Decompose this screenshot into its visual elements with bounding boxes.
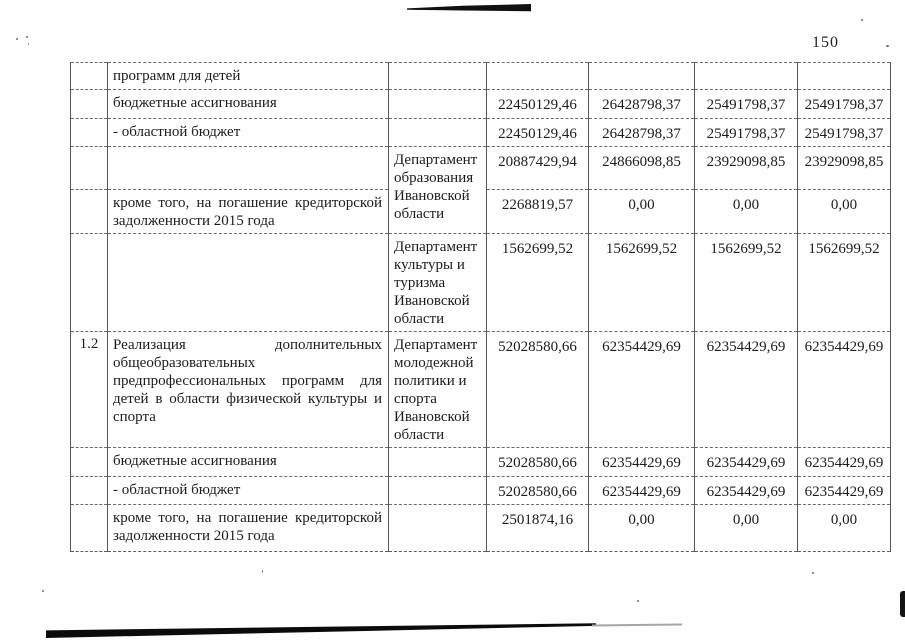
value-cell: 26428798,37 xyxy=(589,90,695,119)
value-cell: 52028580,66 xyxy=(487,448,589,477)
value-cell: 62354429,69 xyxy=(589,332,695,448)
value-cell: 23929098,85 xyxy=(695,147,798,190)
department-cell xyxy=(389,505,487,552)
value-cell: 0,00 xyxy=(798,190,891,234)
value-cell: 2501874,16 xyxy=(487,505,589,552)
value-cell: 1562699,52 xyxy=(589,234,695,332)
row-number-cell xyxy=(71,448,108,477)
value-cell: 1562699,52 xyxy=(695,234,798,332)
value-cell: 25491798,37 xyxy=(798,119,891,147)
value-cell xyxy=(589,63,695,90)
value-cell xyxy=(798,63,891,90)
value-cell: 62354429,69 xyxy=(589,477,695,505)
row-number-cell xyxy=(71,505,108,552)
value-cell: 23929098,85 xyxy=(798,147,891,190)
value-cell: 52028580,66 xyxy=(487,477,589,505)
value-cell: 0,00 xyxy=(695,190,798,234)
table-row: бюджетные ассигнования52028580,666235442… xyxy=(71,448,891,477)
row-number-cell xyxy=(71,477,108,505)
value-cell: 62354429,69 xyxy=(695,448,798,477)
scan-artifact-right-edge xyxy=(900,591,905,617)
value-cell: 62354429,69 xyxy=(695,477,798,505)
scan-speck xyxy=(861,19,863,21)
value-cell: 0,00 xyxy=(695,505,798,552)
description-cell xyxy=(108,147,389,190)
value-cell: 24866098,85 xyxy=(589,147,695,190)
scan-speck xyxy=(26,36,28,38)
value-cell: 25491798,37 xyxy=(695,90,798,119)
value-cell: 62354429,69 xyxy=(798,332,891,448)
description-cell: программ для детей xyxy=(108,63,389,90)
scan-speck xyxy=(28,43,29,45)
page-number: 150 xyxy=(812,34,839,52)
value-cell: 22450129,46 xyxy=(487,119,589,147)
value-cell: 1562699,52 xyxy=(487,234,589,332)
scan-speck xyxy=(812,572,814,574)
value-cell xyxy=(695,63,798,90)
budget-allocations-table: программ для детейбюджетные ассигнования… xyxy=(70,62,891,552)
scan-speck xyxy=(262,570,263,573)
value-cell: 22450129,46 xyxy=(487,90,589,119)
ink-stroke-bottom-tail xyxy=(592,624,682,627)
row-number-cell xyxy=(71,234,108,332)
value-cell: 62354429,69 xyxy=(798,477,891,505)
value-cell: 0,00 xyxy=(589,190,695,234)
description-cell: - областной бюджет xyxy=(108,477,389,505)
department-cell: Департамент культуры и туризма Ивановско… xyxy=(389,234,487,332)
row-number-cell xyxy=(71,190,108,234)
table-row: бюджетные ассигнования22450129,462642879… xyxy=(71,90,891,119)
table-row: - областной бюджет22450129,4626428798,37… xyxy=(71,119,891,147)
department-cell: Департамент образования Ивановской облас… xyxy=(389,147,487,234)
value-cell: 62354429,69 xyxy=(798,448,891,477)
table-body: программ для детейбюджетные ассигнования… xyxy=(71,63,891,552)
value-cell: 62354429,69 xyxy=(695,332,798,448)
description-cell: кроме того, на погашение кредиторской за… xyxy=(108,190,389,234)
department-cell xyxy=(389,90,487,119)
value-cell: 62354429,69 xyxy=(589,448,695,477)
scan-speck xyxy=(42,590,44,592)
row-number-cell xyxy=(71,119,108,147)
row-number-cell xyxy=(71,147,108,190)
department-cell xyxy=(389,477,487,505)
table-row: Департамент образования Ивановской облас… xyxy=(71,147,891,190)
description-cell: бюджетные ассигнования xyxy=(108,448,389,477)
row-number-cell xyxy=(71,90,108,119)
ink-stroke-bottom xyxy=(46,622,596,638)
table-row: 1.2Реализация дополнительных общеобразов… xyxy=(71,332,891,448)
value-cell: 25491798,37 xyxy=(798,90,891,119)
row-number-cell: 1.2 xyxy=(71,332,108,448)
row-number-cell xyxy=(71,63,108,90)
value-cell: 20887429,94 xyxy=(487,147,589,190)
department-cell xyxy=(389,448,487,477)
value-cell: 25491798,37 xyxy=(695,119,798,147)
department-cell xyxy=(389,63,487,90)
description-cell: Реализация дополнительных общеобразовате… xyxy=(108,332,389,448)
table-row: Департамент культуры и туризма Ивановско… xyxy=(71,234,891,332)
table-row: - областной бюджет52028580,6662354429,69… xyxy=(71,477,891,505)
table-row: программ для детей xyxy=(71,63,891,90)
ink-strike-mark-top xyxy=(407,4,531,13)
scan-speck xyxy=(886,45,889,47)
value-cell: 26428798,37 xyxy=(589,119,695,147)
description-cell xyxy=(108,234,389,332)
value-cell: 0,00 xyxy=(798,505,891,552)
value-cell: 52028580,66 xyxy=(487,332,589,448)
department-cell: Департамент молодежной политики и спорта… xyxy=(389,332,487,448)
scan-speck xyxy=(16,38,18,40)
value-cell: 0,00 xyxy=(589,505,695,552)
table-row: кроме того, на погашение кредиторской за… xyxy=(71,505,891,552)
description-cell: кроме того, на погашение кредиторской за… xyxy=(108,505,389,552)
scanned-document-page: 150 программ для детейбюджетные ассигнов… xyxy=(0,0,905,640)
description-cell: бюджетные ассигнования xyxy=(108,90,389,119)
scan-speck xyxy=(637,600,639,602)
value-cell: 2268819,57 xyxy=(487,190,589,234)
description-cell: - областной бюджет xyxy=(108,119,389,147)
value-cell: 1562699,52 xyxy=(798,234,891,332)
value-cell xyxy=(487,63,589,90)
department-cell xyxy=(389,119,487,147)
